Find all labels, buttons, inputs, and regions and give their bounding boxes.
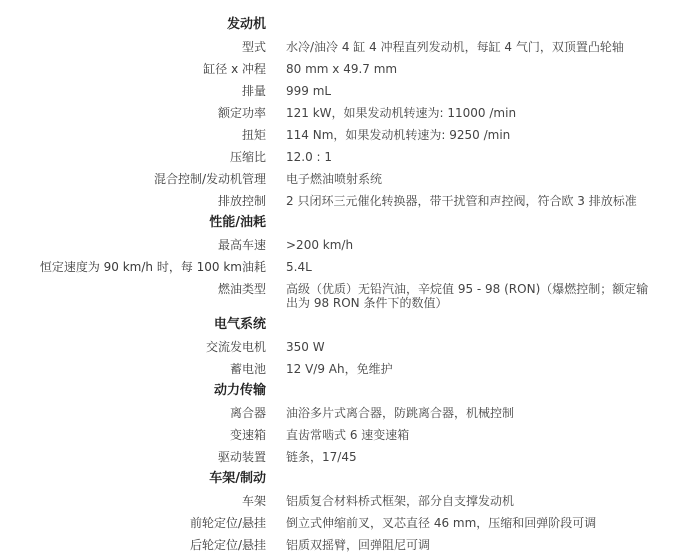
spec-row: 驱动装置 链条，17/45 <box>0 446 690 468</box>
spec-row: 离合器 油浴多片式离合器，防跳离合器，机械控制 <box>0 402 690 424</box>
spec-row: 蓄电池 12 V/9 Ah，免维护 <box>0 358 690 380</box>
spec-value: 2 只闭环三元催化转换器，带干扰管和声控阀，符合欧 3 排放标准 <box>286 190 656 212</box>
spec-row: 燃油类型 高级（优质）无铅汽油，辛烷值 95 - 98 (RON)（爆燃控制；额… <box>0 278 690 314</box>
spec-label: 变速箱 <box>0 424 266 446</box>
spec-label: 额定功率 <box>0 102 266 124</box>
spec-label: 压缩比 <box>0 146 266 168</box>
spec-value: 12.0 : 1 <box>286 146 656 168</box>
spec-row: 排放控制 2 只闭环三元催化转换器，带干扰管和声控阀，符合欧 3 排放标准 <box>0 190 690 212</box>
spec-value: 倒立式伸缩前叉，叉芯直径 46 mm，压缩和回弹阶段可调 <box>286 512 656 534</box>
section-title: 电气系统 <box>0 314 266 336</box>
spec-label: 恒定速度为 90 km/h 时，每 100 km油耗 <box>0 256 266 278</box>
section-heading-transmission: 动力传输 <box>0 380 690 402</box>
section-heading-performance: 性能/油耗 <box>0 212 690 234</box>
spec-row: 交流发电机 350 W <box>0 336 690 358</box>
spec-value: 链条，17/45 <box>286 446 656 468</box>
spec-value: 铝质复合材料桥式框架，部分自支撑发动机 <box>286 490 656 512</box>
spec-value: >200 km/h <box>286 234 656 256</box>
spec-row: 最高车速 >200 km/h <box>0 234 690 256</box>
spec-value: 电子燃油喷射系统 <box>286 168 656 190</box>
section-heading-electrical: 电气系统 <box>0 314 690 336</box>
spec-row: 额定功率 121 kW，如果发动机转速为: 11000 /min <box>0 102 690 124</box>
spec-label: 蓄电池 <box>0 358 266 380</box>
section-title: 动力传输 <box>0 380 266 402</box>
spec-value: 121 kW，如果发动机转速为: 11000 /min <box>286 102 656 124</box>
spec-row: 车架 铝质复合材料桥式框架，部分自支撑发动机 <box>0 490 690 512</box>
spec-row: 前轮定位/悬挂 倒立式伸缩前叉，叉芯直径 46 mm，压缩和回弹阶段可调 <box>0 512 690 534</box>
spec-row: 缸径 x 冲程 80 mm x 49.7 mm <box>0 58 690 80</box>
spec-value: 高级（优质）无铅汽油，辛烷值 95 - 98 (RON)（爆燃控制；额定输出为 … <box>286 278 656 314</box>
spec-value: 铝质双摇臂，回弹阻尼可调 <box>286 534 656 553</box>
spec-label: 扭矩 <box>0 124 266 146</box>
spec-value: 油浴多片式离合器，防跳离合器，机械控制 <box>286 402 656 424</box>
spec-row: 压缩比 12.0 : 1 <box>0 146 690 168</box>
spec-value: 直齿常啮式 6 速变速箱 <box>286 424 656 446</box>
spec-label: 前轮定位/悬挂 <box>0 512 266 534</box>
spec-label: 交流发电机 <box>0 336 266 358</box>
spec-label: 排量 <box>0 80 266 102</box>
section-title: 车架/制动 <box>0 468 266 490</box>
spec-row: 混合控制/发动机管理 电子燃油喷射系统 <box>0 168 690 190</box>
spec-label: 缸径 x 冲程 <box>0 58 266 80</box>
spec-value: 12 V/9 Ah，免维护 <box>286 358 656 380</box>
section-heading-chassis: 车架/制动 <box>0 468 690 490</box>
spec-value: 114 Nm，如果发动机转速为: 9250 /min <box>286 124 656 146</box>
spec-label: 型式 <box>0 36 266 58</box>
spec-value: 水冷/油冷 4 缸 4 冲程直列发动机，每缸 4 气门，双顶置凸轮轴 <box>286 36 656 58</box>
spec-label: 混合控制/发动机管理 <box>0 168 266 190</box>
spec-value: 999 mL <box>286 80 656 102</box>
spec-table: 发动机 型式 水冷/油冷 4 缸 4 冲程直列发动机，每缸 4 气门，双顶置凸轮… <box>0 14 690 553</box>
section-title: 发动机 <box>0 14 266 36</box>
spec-value: 5.4L <box>286 256 656 278</box>
section-heading-engine: 发动机 <box>0 14 690 36</box>
spec-row: 恒定速度为 90 km/h 时，每 100 km油耗 5.4L <box>0 256 690 278</box>
spec-label: 车架 <box>0 490 266 512</box>
spec-label: 驱动装置 <box>0 446 266 468</box>
spec-row: 后轮定位/悬挂 铝质双摇臂，回弹阻尼可调 <box>0 534 690 553</box>
spec-value: 80 mm x 49.7 mm <box>286 58 656 80</box>
spec-row: 型式 水冷/油冷 4 缸 4 冲程直列发动机，每缸 4 气门，双顶置凸轮轴 <box>0 36 690 58</box>
spec-row: 排量 999 mL <box>0 80 690 102</box>
spec-label: 后轮定位/悬挂 <box>0 534 266 553</box>
spec-label: 离合器 <box>0 402 266 424</box>
spec-row: 扭矩 114 Nm，如果发动机转速为: 9250 /min <box>0 124 690 146</box>
spec-value: 350 W <box>286 336 656 358</box>
section-title: 性能/油耗 <box>0 212 266 234</box>
spec-label: 排放控制 <box>0 190 266 212</box>
spec-row: 变速箱 直齿常啮式 6 速变速箱 <box>0 424 690 446</box>
spec-label: 燃油类型 <box>0 278 266 300</box>
spec-label: 最高车速 <box>0 234 266 256</box>
